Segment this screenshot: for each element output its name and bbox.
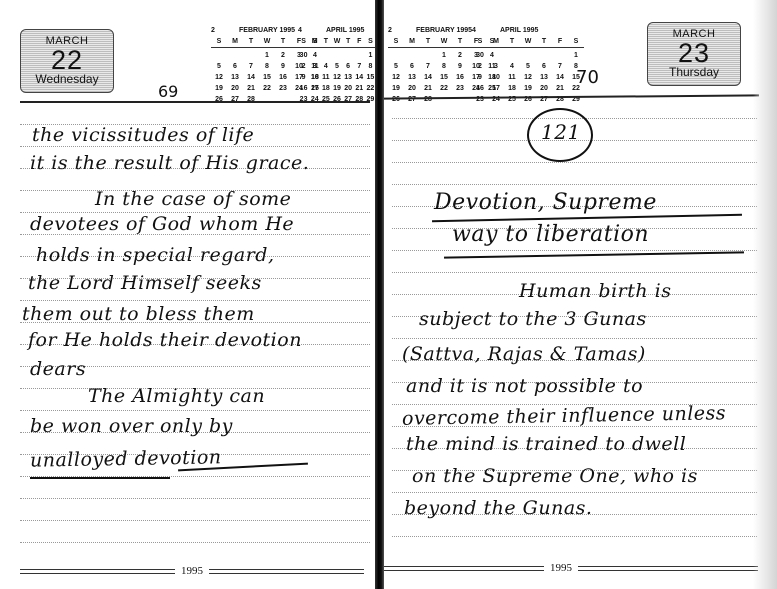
calendar-day: [309, 48, 320, 63]
title-underline: [432, 214, 742, 222]
calendar-day: 18: [320, 84, 331, 95]
calendar-day: 5: [211, 62, 227, 73]
calendar-day: [420, 48, 436, 63]
calendar-day: 13: [227, 73, 243, 84]
calendar-day: [388, 48, 404, 63]
mini-calendar-april: 4APRIL 1995SMTWTFS3012345678910111213141…: [298, 26, 376, 106]
calendar-weekday: W: [259, 37, 275, 48]
calendar-day: [520, 48, 536, 63]
calendar-week-number: 4: [472, 26, 482, 37]
right-diary-page: 2FEBRUARY 1995SMTWTFS1234567891011121314…: [384, 0, 777, 589]
ruled-line: [20, 300, 370, 301]
calendar-day: 20: [343, 84, 354, 95]
entry-title-line-2: way to liberation: [452, 222, 649, 247]
calendar-day: 30: [298, 48, 309, 63]
calendar-weekday: T: [320, 37, 331, 48]
calendar-day: 13: [343, 73, 354, 84]
calendar-weekday: S: [211, 37, 227, 48]
calendar-weekday: T: [243, 37, 259, 48]
calendar-title: APRIL 1995: [326, 26, 364, 37]
calendar-weekday: M: [309, 37, 320, 48]
calendar-day: 2: [472, 62, 488, 73]
handwritten-line: on the Supreme One, who is: [412, 465, 698, 487]
calendar-day: 13: [536, 73, 552, 84]
header-rule: [20, 101, 370, 103]
calendar-day: 30: [472, 48, 488, 63]
calendar-week-number: 2: [211, 26, 221, 37]
calendar-weekday: S: [472, 37, 488, 48]
footer-year: 1995: [550, 562, 572, 574]
calendar-day: 9: [298, 73, 309, 84]
calendar-day: 14: [552, 73, 568, 84]
left-diary-page: MARCH 22 Wednesday 2FEBRUARY 1995SMTWTFS…: [0, 0, 376, 589]
handwritten-line: for He holds their devotion: [28, 329, 302, 351]
handwritten-line: the vicissitudes of life: [32, 124, 254, 146]
calendar-day: 16: [298, 84, 309, 95]
calendar-day: 7: [420, 62, 436, 73]
handwritten-line: beyond the Gunas.: [404, 497, 592, 519]
calendar-week-number: 2: [388, 26, 398, 37]
ruled-line: [392, 250, 757, 251]
calendar-day: 5: [388, 62, 404, 73]
date-weekday: Thursday: [648, 66, 740, 79]
handwritten-line: the Lord Himself seeks: [28, 272, 262, 294]
calendar-day: [227, 48, 243, 63]
handwritten-line: dears: [30, 358, 86, 380]
calendar-day: 4: [320, 62, 331, 73]
calendar-day: 17: [488, 84, 504, 95]
footer-rule: [20, 569, 175, 574]
calendar-weekday: T: [452, 37, 468, 48]
calendar-weekday: S: [298, 37, 309, 48]
calendar-weekday: S: [568, 37, 584, 48]
calendar-header: 4APRIL 1995: [298, 26, 376, 37]
calendar-day: 14: [243, 73, 259, 84]
handwritten-line: and it is not possible to: [406, 375, 643, 397]
calendar-weekday: T: [420, 37, 436, 48]
calendar-day: 16: [472, 84, 488, 95]
entry-number: 121: [541, 120, 581, 144]
calendar-header: 4APRIL 1995: [472, 26, 584, 37]
page-footer: 1995: [20, 565, 364, 577]
footer-year: 1995: [181, 565, 203, 577]
handwritten-line: devotees of God whom He: [30, 213, 294, 235]
calendar-weekday: M: [488, 37, 504, 48]
calendar-day: 5: [331, 62, 342, 73]
calendar-day: 7: [354, 62, 365, 73]
ruled-line: [392, 492, 757, 493]
calendar-day: 3: [309, 62, 320, 73]
calendar-day: 21: [420, 84, 436, 95]
calendar-day: 21: [243, 84, 259, 95]
calendar-day: 9: [452, 62, 468, 73]
calendar-day: 7: [552, 62, 568, 73]
handwritten-line: In the case of some: [95, 188, 291, 210]
calendar-day: 19: [211, 84, 227, 95]
calendar-day: 20: [227, 84, 243, 95]
calendar-day: 12: [520, 73, 536, 84]
entry-title-line-1: Devotion, Supreme: [434, 190, 657, 215]
page-footer: 1995: [384, 562, 758, 574]
calendar-weekday: M: [227, 37, 243, 48]
calendar-weekday: F: [552, 37, 568, 48]
calendar-day: 6: [343, 62, 354, 73]
calendar-day: [243, 48, 259, 63]
ruled-line: [20, 542, 370, 543]
ruled-line: [392, 184, 757, 185]
calendar-day: [211, 48, 227, 63]
calendar-day: 10: [309, 73, 320, 84]
calendar-day: 2: [452, 48, 468, 63]
calendar-day: 22: [436, 84, 452, 95]
calendar-day: 9: [472, 73, 488, 84]
calendar-weekday: T: [536, 37, 552, 48]
calendar-weekday: T: [275, 37, 291, 48]
calendar-day: 14: [420, 73, 436, 84]
page-number: 70: [576, 67, 599, 88]
calendar-day: 11: [504, 73, 520, 84]
calendar-day: 11: [320, 73, 331, 84]
calendar-day: 23: [275, 84, 291, 95]
calendar-day: [343, 48, 354, 63]
calendar-day: 6: [536, 62, 552, 73]
calendar-day: 2: [275, 48, 291, 63]
calendar-day: 12: [388, 73, 404, 84]
calendar-day: 14: [354, 73, 365, 84]
calendar-day: [488, 48, 504, 63]
handwritten-line: them out to bless them: [22, 303, 255, 325]
underline: [30, 477, 170, 479]
calendar-day: 19: [520, 84, 536, 95]
calendar-day: [320, 48, 331, 63]
calendar-day: 17: [309, 84, 320, 95]
calendar-day: [504, 48, 520, 63]
calendar-day: 8: [436, 62, 452, 73]
calendar-day: 8: [259, 62, 275, 73]
calendar-day: 15: [436, 73, 452, 84]
calendar-title: APRIL 1995: [500, 26, 538, 37]
footer-rule: [209, 569, 364, 574]
ruled-line: [20, 498, 370, 499]
calendar-day: 1: [568, 48, 584, 63]
footer-rule: [384, 566, 544, 571]
calendar-day: 1: [259, 48, 275, 63]
calendar-weekday: W: [520, 37, 536, 48]
calendar-day: 9: [275, 62, 291, 73]
mini-calendar-april: 4APRIL 1995SMTWTFS3012345678910111213141…: [472, 26, 584, 106]
calendar-day: 20: [536, 84, 552, 95]
date-box-left: MARCH 22 Wednesday: [20, 29, 114, 93]
calendar-day: 20: [404, 84, 420, 95]
ruled-line: [392, 272, 757, 273]
date-day: 23: [648, 40, 740, 66]
calendar-day: 6: [404, 62, 420, 73]
calendar-day: 16: [275, 73, 291, 84]
ruled-line: [392, 536, 757, 537]
calendar-day: 16: [452, 73, 468, 84]
footer-rule: [578, 566, 758, 571]
calendar-day: 15: [259, 73, 275, 84]
handwritten-line: be won over only by: [30, 415, 233, 437]
calendar-day: 2: [298, 62, 309, 73]
calendar-title: FEBRUARY 1995: [239, 26, 295, 37]
ruled-line: [20, 410, 370, 411]
calendar-day: 4: [504, 62, 520, 73]
calendar-day: 23: [452, 84, 468, 95]
date-weekday: Wednesday: [21, 73, 113, 86]
calendar-weekday: W: [331, 37, 342, 48]
calendar-day: [354, 48, 365, 63]
calendar-day: 10: [488, 73, 504, 84]
ruled-line: [20, 520, 370, 521]
calendar-weekday: T: [343, 37, 354, 48]
calendar-weekday: S: [388, 37, 404, 48]
date-day: 22: [21, 47, 113, 73]
calendar-day: 21: [354, 84, 365, 95]
calendar-day: [536, 48, 552, 63]
calendar-day: [331, 48, 342, 63]
calendar-day: 12: [331, 73, 342, 84]
handwritten-line: Human birth is: [519, 280, 672, 302]
calendar-day: 3: [488, 62, 504, 73]
calendar-day: 21: [552, 84, 568, 95]
calendar-day: 19: [331, 84, 342, 95]
ruled-line: [20, 146, 370, 147]
handwritten-line: The Almighty can: [88, 385, 265, 407]
calendar-weekday: F: [354, 37, 365, 48]
calendar-day: 18: [504, 84, 520, 95]
handwritten-line: (Sattva, Rajas & Tamas): [402, 343, 646, 365]
date-box-right: MARCH 23 Thursday: [647, 22, 741, 86]
calendar-day: 12: [211, 73, 227, 84]
handwritten-line: holds in special regard,: [36, 244, 274, 266]
calendar-day: 7: [243, 62, 259, 73]
calendar-day: [552, 48, 568, 63]
calendar-day: 5: [520, 62, 536, 73]
page-edge-shadow: [753, 0, 777, 589]
page-number: 69: [158, 82, 178, 101]
title-underline: [444, 251, 744, 258]
ruled-line: [392, 338, 757, 339]
calendar-week-number: 4: [298, 26, 308, 37]
calendar-title: FEBRUARY 1995: [416, 26, 472, 37]
calendar-day: 6: [227, 62, 243, 73]
calendar-weekday: M: [404, 37, 420, 48]
calendar-weekday: T: [504, 37, 520, 48]
calendar-day: 13: [404, 73, 420, 84]
calendar-day: [404, 48, 420, 63]
calendar-day: 22: [259, 84, 275, 95]
ruled-line: [392, 162, 757, 163]
handwritten-line: it is the result of His grace.: [30, 152, 309, 174]
calendar-day: 1: [436, 48, 452, 63]
calendar-weekday: W: [436, 37, 452, 48]
handwritten-line: the mind is trained to dwell: [406, 433, 686, 455]
handwritten-line: subject to the 3 Gunas: [419, 308, 647, 330]
book-spine: [375, 0, 384, 589]
calendar-day: 19: [388, 84, 404, 95]
